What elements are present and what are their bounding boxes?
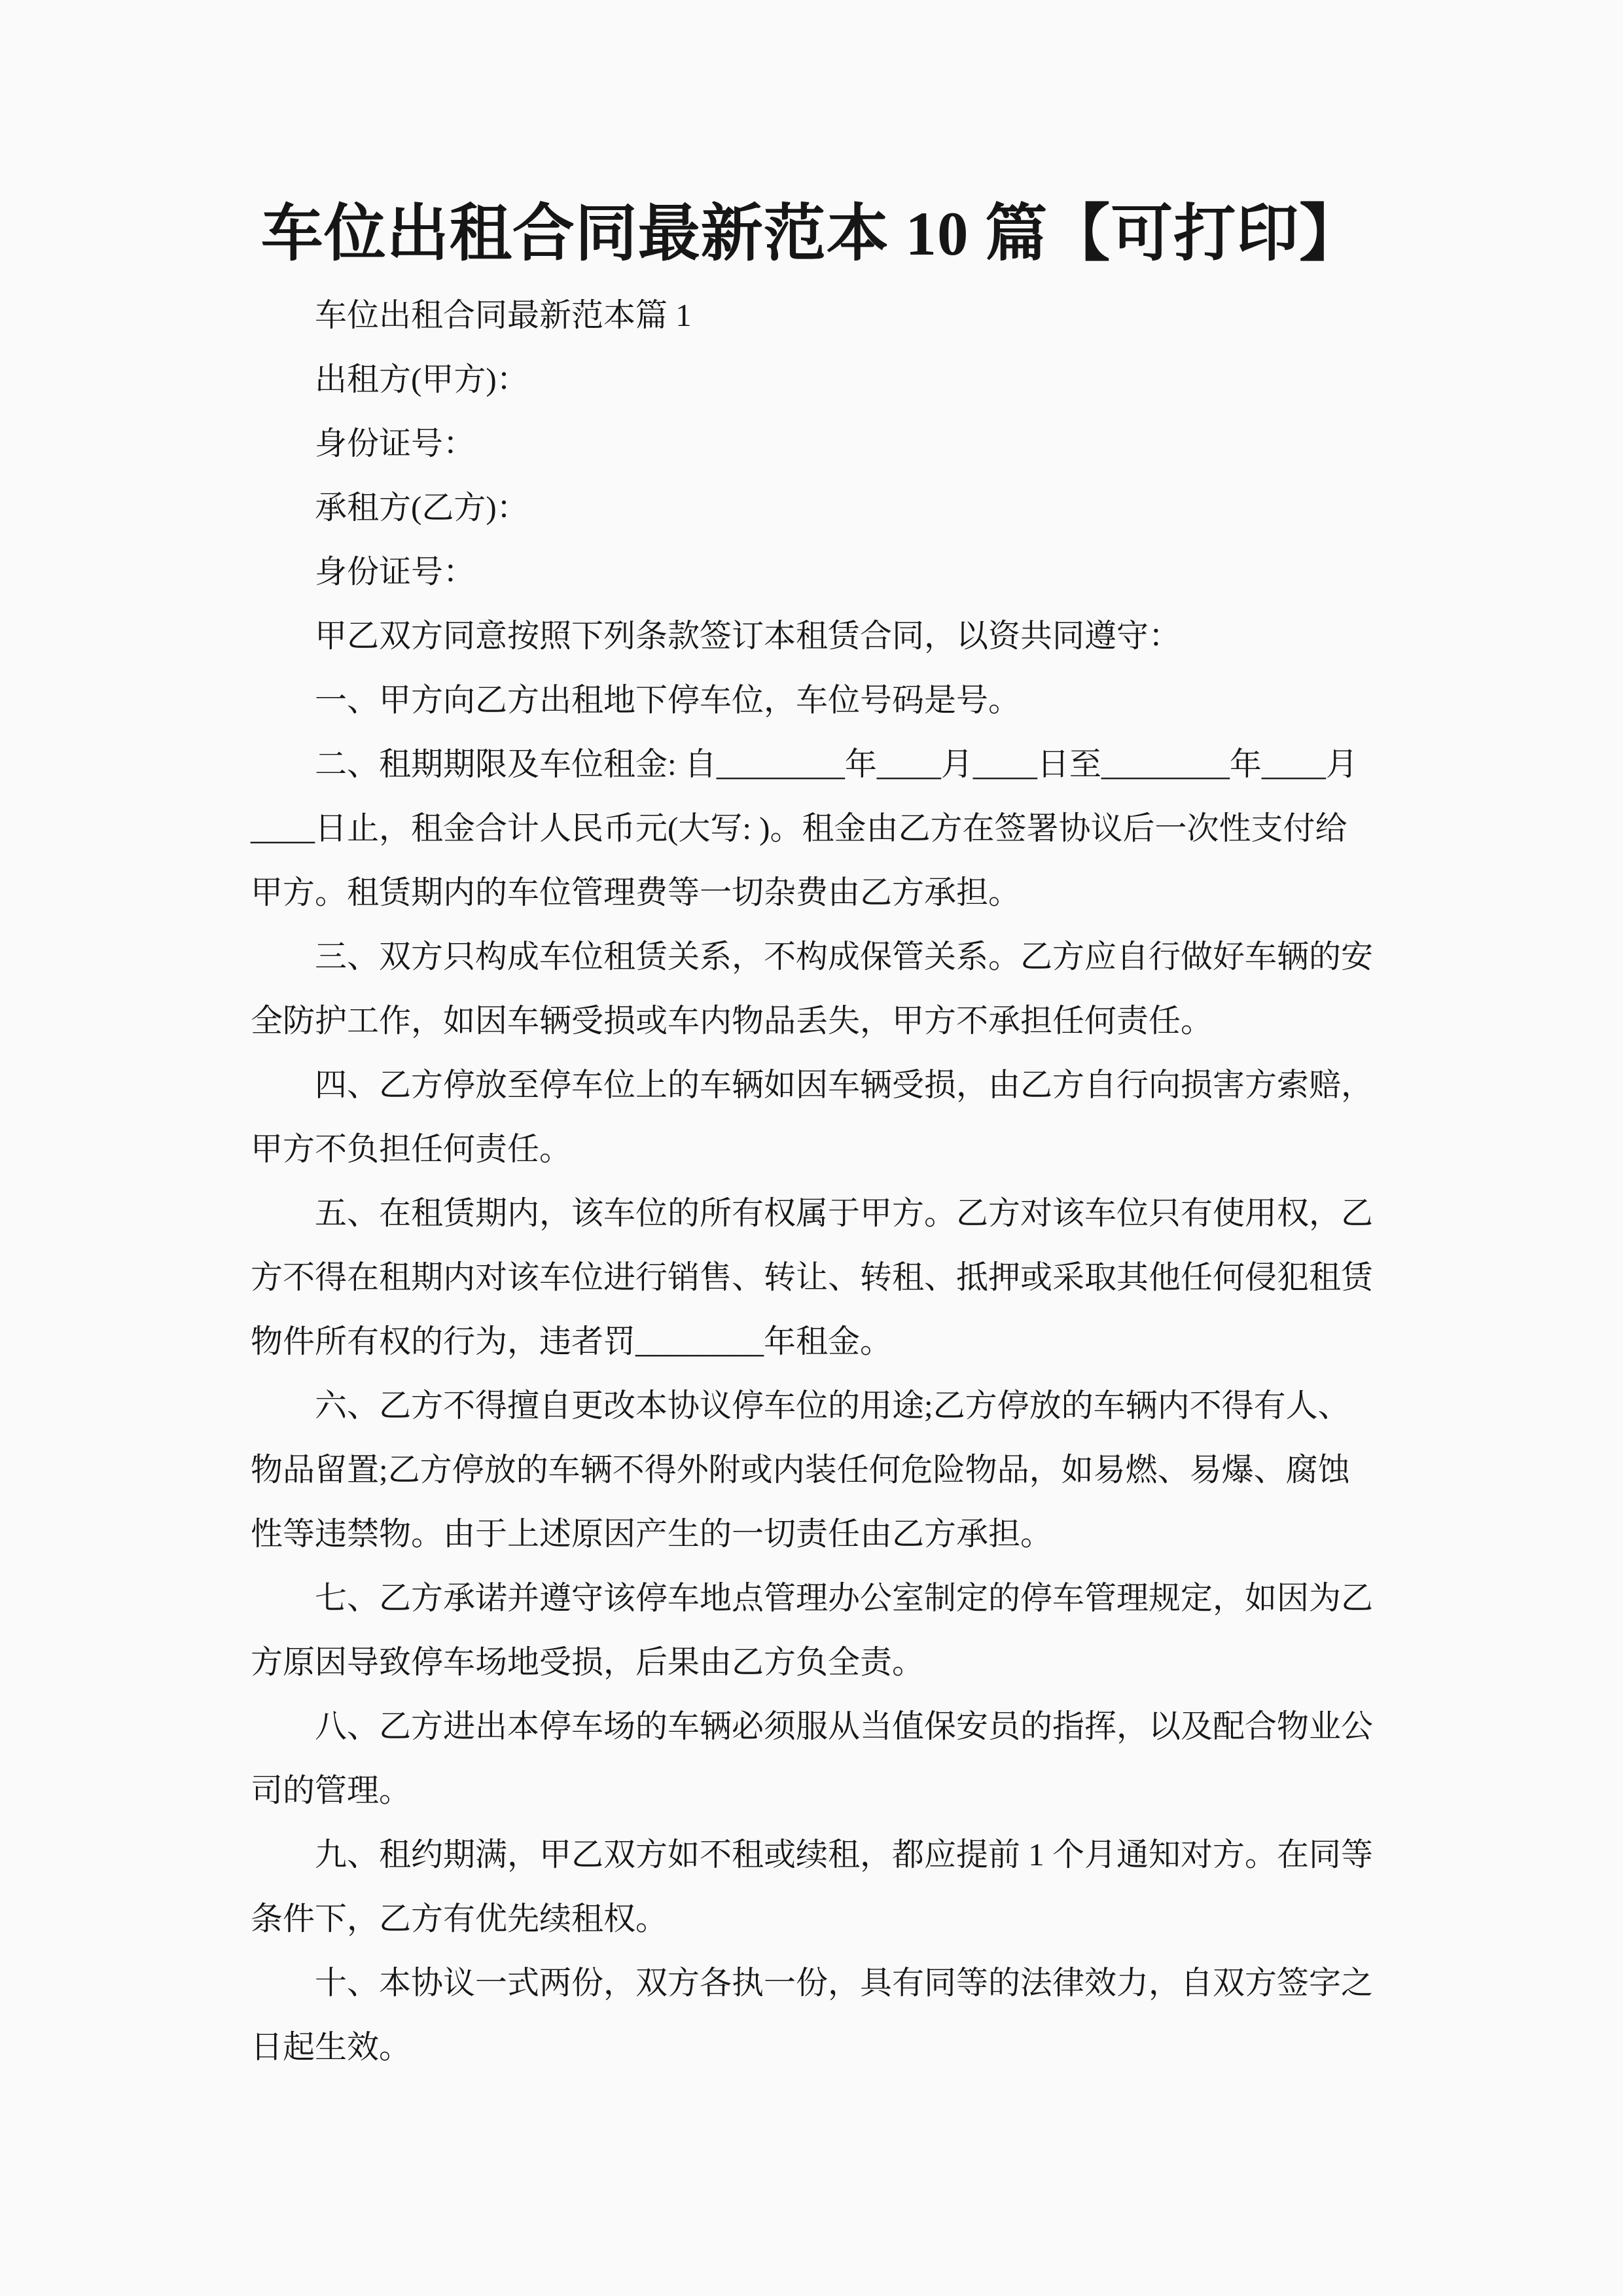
document-line: 方不得在租期内对该车位进行销售、转让、转租、抵押或采取其他任何侵犯租赁 (251, 1246, 1402, 1310)
document-line: 身份证号： (251, 412, 1402, 476)
document-line: 司的管理。 (251, 1759, 1402, 1823)
document-line: 承租方(乙方)： (251, 476, 1402, 540)
document-line: 日起生效。 (251, 2015, 1402, 2079)
document-line: 甲乙双方同意按照下列条款签订本租赁合同，以资共同遵守： (251, 604, 1402, 668)
document-line: 十、本协议一式两份，双方各执一份，具有同等的法律效力，自双方签字之 (251, 1951, 1402, 2015)
document-line: 物品留置;乙方停放的车辆不得外附或内装任何危险物品，如易燃、易爆、腐蚀 (251, 1438, 1402, 1502)
document-line: 七、乙方承诺并遵守该停车地点管理办公室制定的停车管理规定，如因为乙 (251, 1566, 1402, 1630)
document-line: 出租方(甲方)： (251, 348, 1402, 412)
document-line: 四、乙方停放至停车位上的车辆如因车辆受损，由乙方自行向损害方索赔， (251, 1053, 1402, 1117)
document-line: 五、在租赁期内，该车位的所有权属于甲方。乙方对该车位只有使用权，乙 (251, 1181, 1402, 1246)
document-line: 车位出租合同最新范本篇 1 (251, 283, 1402, 348)
document-line: 方原因导致停车场地受损，后果由乙方负全责。 (251, 1630, 1402, 1695)
document-body: 车位出租合同最新范本篇 1出租方(甲方)：身份证号：承租方(乙方)：身份证号：甲… (251, 283, 1402, 2079)
document-line: 性等违禁物。由于上述原因产生的一切责任由乙方承担。 (251, 1502, 1402, 1566)
document-line: 物件所有权的行为，违者罚________年租金。 (251, 1310, 1402, 1374)
document-line: 九、租约期满，甲乙双方如不租或续租，都应提前 1 个月通知对方。在同等 (251, 1823, 1402, 1887)
document-line: 三、双方只构成车位租赁关系，不构成保管关系。乙方应自行做好车辆的安 (251, 925, 1402, 989)
document-line: 一、甲方向乙方出租地下停车位，车位号码是号。 (251, 668, 1402, 732)
document-line: 条件下，乙方有优先续租权。 (251, 1887, 1402, 1951)
document-line: 甲方。租赁期内的车位管理费等一切杂费由乙方承担。 (251, 861, 1402, 925)
document-line: 二、租期期限及车位租金: 自________年____月____日至______… (251, 732, 1402, 797)
document-line: 身份证号： (251, 540, 1402, 604)
document-line: ____日止，租金合计人民币元(大写: )。租金由乙方在签署协议后一次性支付给 (251, 797, 1402, 861)
document-title: 车位出租合同最新范本 10 篇【可打印】 (0, 196, 1623, 272)
document-line: 六、乙方不得擅自更改本协议停车位的用途;乙方停放的车辆内不得有人、 (251, 1374, 1402, 1438)
contract-page: 车位出租合同最新范本 10 篇【可打印】 车位出租合同最新范本篇 1出租方(甲方… (0, 0, 1623, 2296)
document-line: 甲方不负担任何责任。 (251, 1117, 1402, 1181)
document-line: 八、乙方进出本停车场的车辆必须服从当值保安员的指挥，以及配合物业公 (251, 1695, 1402, 1759)
document-line: 全防护工作，如因车辆受损或车内物品丢失，甲方不承担任何责任。 (251, 989, 1402, 1053)
